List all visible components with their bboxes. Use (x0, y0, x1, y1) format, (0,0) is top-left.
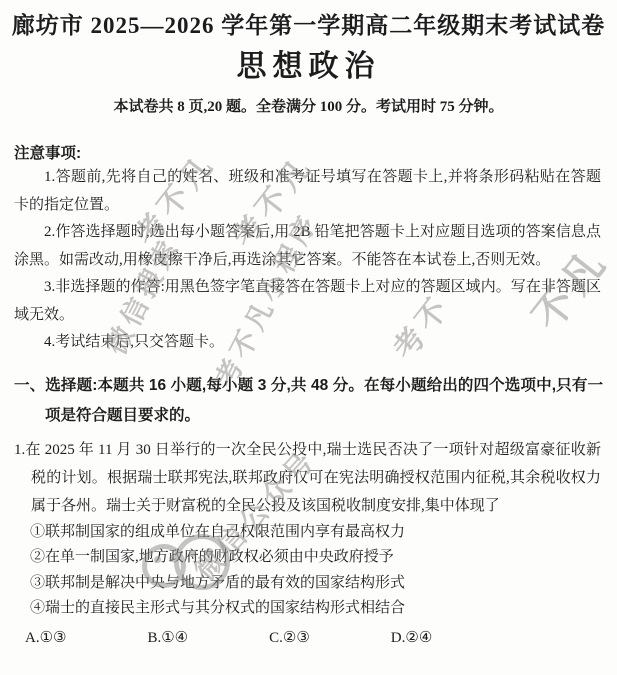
notice-item-1: 1.答题前,先将自己的姓名、班级和准考证号填写在答题卡上,并将条形码粘贴在答题卡… (14, 164, 601, 219)
subject-title: 思想政治 (0, 48, 617, 85)
section-heading: 一、选择题:本题共 16 小题,每小题 3 分,共 48 分。在每小题给出的四个… (14, 371, 603, 431)
answer-options: A.①③ B.①④ C.②③ D.②④ (14, 626, 601, 650)
statement-1: ①联邦制国家的组成单位在自己权限范围内享有最高权力 (30, 520, 601, 546)
exam-content: 廊坊市 2025—2026 学年第一学期高二年级期末考试试卷 思想政治 本试卷共… (0, 0, 617, 650)
question-statements: ①联邦制国家的组成单位在自己权限范围内享有最高权力 ②在单一制国家,地方政府的财… (14, 520, 601, 622)
question-1: 1.在 2025 年 11 月 30 日举行的一次全民公投中,瑞士选民否决了一项… (14, 436, 601, 650)
statement-2: ②在单一制国家,地方政府的财政权必须由中央政府授予 (30, 545, 601, 571)
option-c: C.②③ (269, 626, 310, 650)
notice-item-3: 3.非选择题的作答:用黑色签字笔直接答在答题卡上对应的答题区域内。写在非答题区域… (14, 274, 601, 329)
option-a: A.①③ (25, 626, 66, 650)
exam-paper-page: 廊坊市 2025—2026 学年第一学期高二年级期末考试试卷 思想政治 本试卷共… (0, 0, 617, 675)
notice-item-4: 4.考试结束后,只交答题卡。 (14, 329, 601, 357)
notice-heading: 注意事项: (14, 143, 617, 164)
notice-section: 注意事项: 1.答题前,先将自己的姓名、班级和准考证号填写在答题卡上,并将条形码… (0, 143, 617, 357)
statement-4: ④瑞士的直接民主形式与其分权式的国家结构形式相结合 (30, 596, 601, 622)
question-stem-text: 在 2025 年 11 月 30 日举行的一次全民公投中,瑞士选民否决了一项针对… (25, 442, 601, 514)
option-b: B.①④ (147, 626, 188, 650)
statement-3: ③联邦制是解决中央与地方矛盾的最有效的国家结构形式 (30, 571, 601, 597)
notice-item-2: 2.作答选择题时,选出每小题答案后,用 2B 铅笔把答题卡上对应题目选项的答案信… (14, 219, 601, 274)
option-d: D.②④ (391, 626, 432, 650)
page-title: 廊坊市 2025—2026 学年第一学期高二年级期末考试试卷 (0, 0, 617, 43)
exam-info: 本试卷共 8 页,20 题。全卷满分 100 分。考试用时 75 分钟。 (0, 97, 617, 117)
question-stem: 1.在 2025 年 11 月 30 日举行的一次全民公投中,瑞士选民否决了一项… (14, 436, 601, 520)
question-number: 1. (14, 442, 25, 458)
